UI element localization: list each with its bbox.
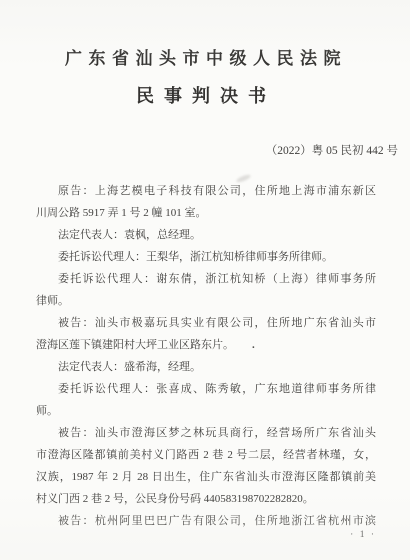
defendant-1-legal-rep-line: 法定代表人：盛希海，经理。 [36,356,376,378]
judgment-page: 广东省汕头市中级人民法院 民事判决书 （2022）粤 05 民初 442 号 原… [0,0,410,560]
defendant-2-intro-line-4: 村义门西 2 巷 2 号，公民身份号码 440583198702282820。 [36,488,376,510]
defendant-1-intro-line-1: 被告：汕头市极嘉玩具实业有限公司，住所地广东省汕头市 [36,312,376,334]
plaintiff-attorney-2-line-2: 律师。 [36,290,376,312]
court-name-heading: 广东省汕头市中级人民法院 [36,47,376,70]
case-number: （2022）粤 05 民初 442 号 [36,143,398,160]
defendant-1-attorney-line-1: 委托诉讼代理人：张喜成、陈秀敏，广东地道律师事务所律 [36,378,376,400]
defendant-1-intro-line-2: 澄海区莲下镇建阳村大坪工业区路东片。. [36,334,376,356]
plaintiff-attorney-2-line-1: 委托诉讼代理人：谢东倩，浙江杭知桥（上海）律师事务所 [36,268,376,290]
stray-ink-dot: . [252,334,255,356]
plaintiff-intro-line-1: 原告：上海艺模电子科技有限公司，住所地上海市浦东新区 [36,180,376,202]
document-content: 广东省汕头市中级人民法院 民事判决书 （2022）粤 05 民初 442 号 原… [36,47,376,532]
defendant-1-intro-line-2-text: 澄海区莲下镇建阳村大坪工业区路东片。 [36,339,234,351]
plaintiff-intro-line-2: 川周公路 5917 弄 1 号 2 幢 101 室。 [36,202,376,224]
defendant-1-attorney-line-2: 师。 [36,400,376,422]
defendant-2-intro-line-1: 被告：汕头市澄海区梦之林玩具商行，经营场所广东省汕头 [36,422,376,444]
defendant-2-intro-line-2: 市澄海区隆都镇前美村义门路西 2 巷 2 号二层，经营者林瑾，女， [36,444,376,466]
judgment-body: 原告：上海艺模电子科技有限公司，住所地上海市浦东新区 川周公路 5917 弄 1… [36,180,376,532]
page-number: · 1 · [350,530,376,540]
plaintiff-attorney-1-line: 委托诉讼代理人：王梨华，浙江杭知桥律师事务所律师。 [36,246,376,268]
document-type-heading: 民事判决书 [36,83,376,109]
defendant-2-intro-line-3: 汉族，1987 年 2 月 28 日出生，住广东省汕头市澄海区隆都镇前美 [36,466,376,488]
plaintiff-legal-rep-line: 法定代表人：袁枫，总经理。 [36,224,376,246]
defendant-3-intro-line-1: 被告：杭州阿里巴巴广告有限公司，住所地浙江省杭州市滨 [36,510,376,532]
